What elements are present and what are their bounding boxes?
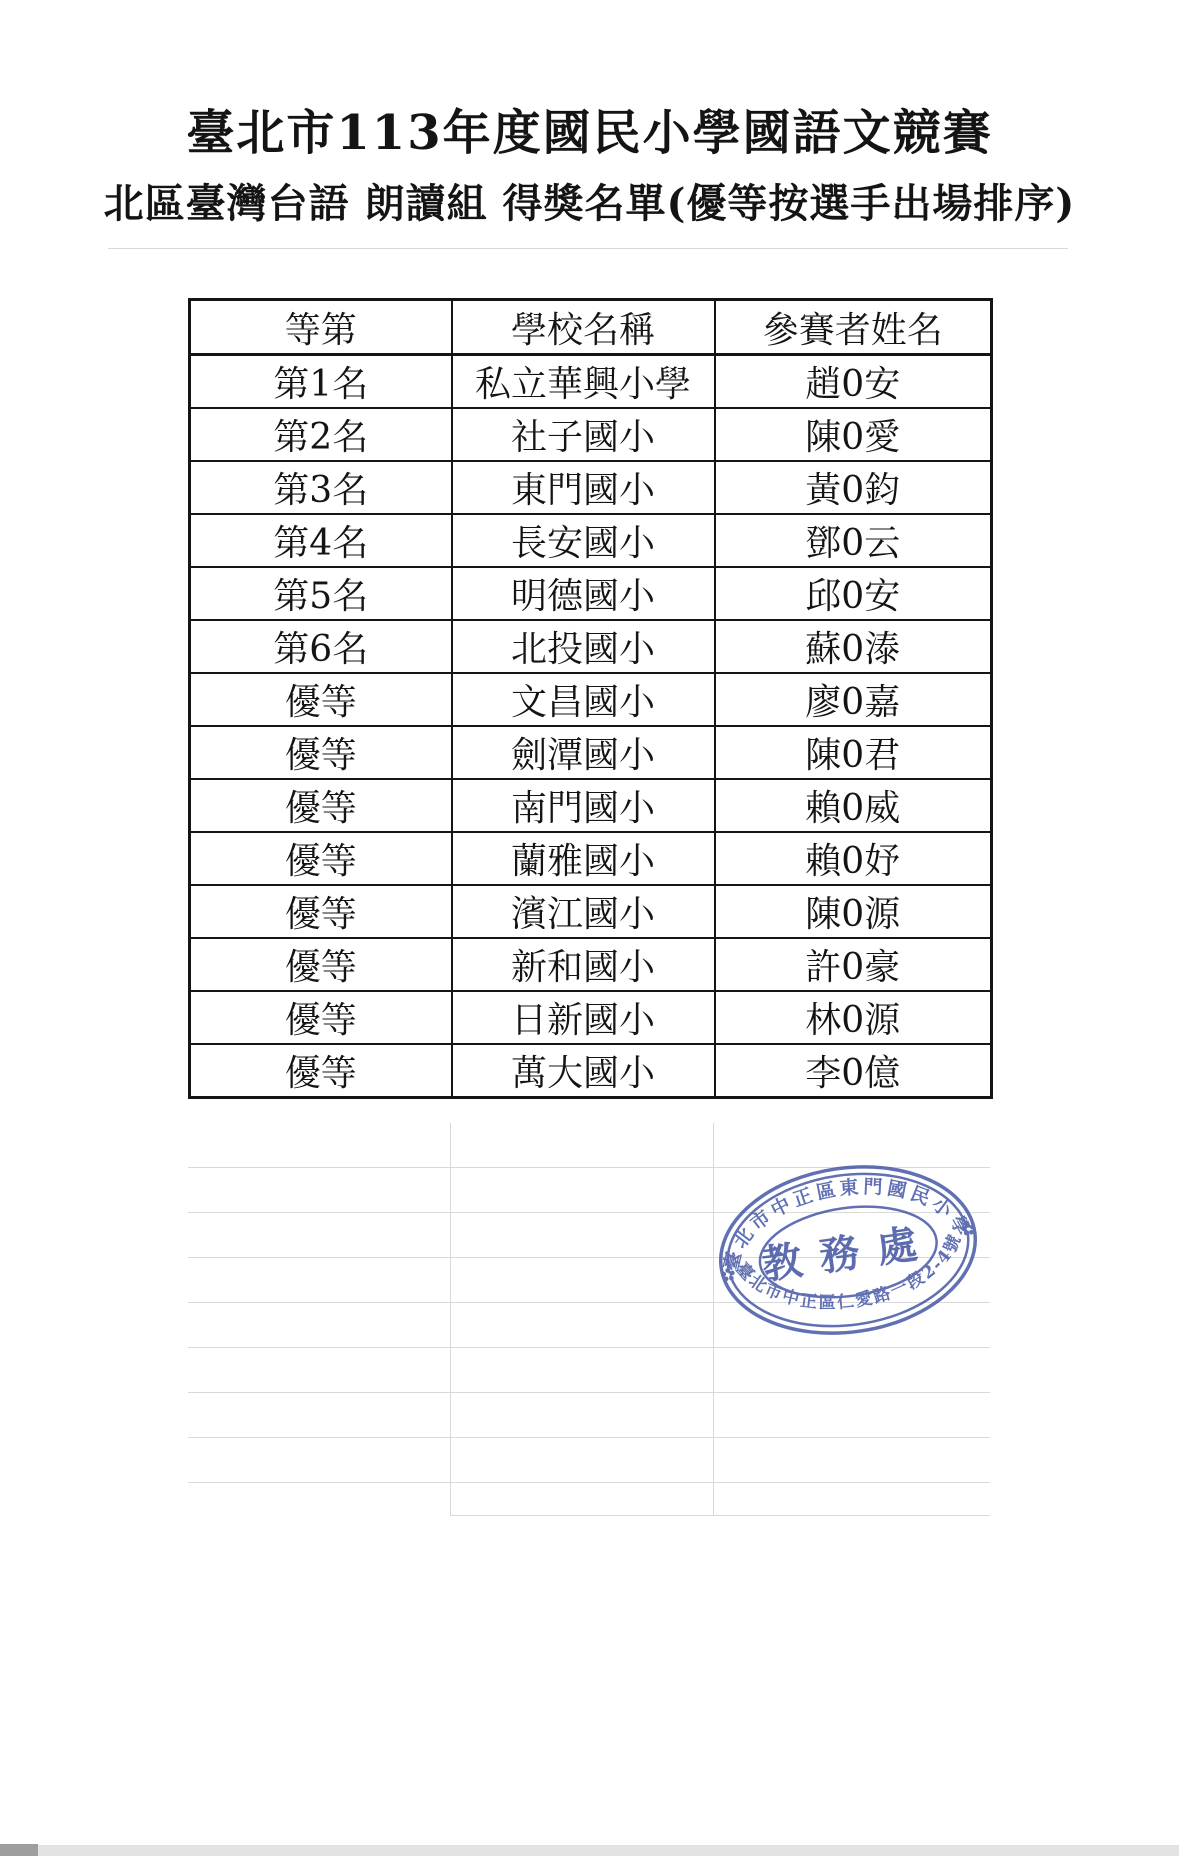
table-cell: 萬大國小 — [452, 1044, 715, 1098]
table-cell: 李0億 — [715, 1044, 992, 1098]
table-cell: 優等 — [190, 885, 452, 938]
page-subtitle: 北區臺灣台語 朗讀組 得獎名單(優等按選手出場排序) — [0, 172, 1179, 229]
table-cell: 私立華興小學 — [452, 355, 715, 409]
table-cell: 陳0源 — [715, 885, 992, 938]
table-cell: 劍潭國小 — [452, 726, 715, 779]
table-cell: 林0源 — [715, 991, 992, 1044]
table-cell: 優等 — [190, 726, 452, 779]
table-row: 優等日新國小林0源 — [190, 991, 992, 1044]
table-cell: 鄧0云 — [715, 514, 992, 567]
table-cell: 第4名 — [190, 514, 452, 567]
scan-artifact — [0, 1844, 38, 1856]
table-cell: 陳0愛 — [715, 408, 992, 461]
table-row: 優等劍潭國小陳0君 — [190, 726, 992, 779]
table-cell: 趙0安 — [715, 355, 992, 409]
table-cell: 東門國小 — [452, 461, 715, 514]
office-stamp: 臺北市中正區東門國民小學 臺北市中正區仁愛路一段2-4號 教務處 — [664, 1117, 1031, 1382]
page-edge — [0, 1845, 1179, 1856]
table-cell: 第5名 — [190, 567, 452, 620]
table-cell: 濱江國小 — [452, 885, 715, 938]
header-school-name: 學校名稱 — [452, 300, 715, 355]
table-row: 優等文昌國小廖0嘉 — [190, 673, 992, 726]
table-row: 優等萬大國小李0億 — [190, 1044, 992, 1098]
table-row: 優等濱江國小陳0源 — [190, 885, 992, 938]
table-cell: 第3名 — [190, 461, 452, 514]
table-cell: 日新國小 — [452, 991, 715, 1044]
table-row: 第5名明德國小邱0安 — [190, 567, 992, 620]
table-cell: 邱0安 — [715, 567, 992, 620]
table-cell: 優等 — [190, 673, 452, 726]
table-cell: 北投國小 — [452, 620, 715, 673]
results-table: 等第 學校名稱 參賽者姓名 第1名私立華興小學趙0安第2名社子國小陳0愛第3名東… — [188, 298, 993, 1099]
table-row: 優等蘭雅國小賴0妤 — [190, 832, 992, 885]
table-cell: 賴0妤 — [715, 832, 992, 885]
table-cell: 優等 — [190, 991, 452, 1044]
table-cell: 文昌國小 — [452, 673, 715, 726]
table-row: 第3名東門國小黃0鈞 — [190, 461, 992, 514]
table-cell: 許0豪 — [715, 938, 992, 991]
table-cell: 新和國小 — [452, 938, 715, 991]
table-cell: 明德國小 — [452, 567, 715, 620]
table-cell: 長安國小 — [452, 514, 715, 567]
table-cell: 優等 — [190, 779, 452, 832]
table-cell: 第6名 — [190, 620, 452, 673]
table-cell: 蘭雅國小 — [452, 832, 715, 885]
header-rank: 等第 — [190, 300, 452, 355]
spreadsheet-gridline-top — [108, 248, 1068, 249]
table-row: 第2名社子國小陳0愛 — [190, 408, 992, 461]
table-header-row: 等第 學校名稱 參賽者姓名 — [190, 300, 992, 355]
table-cell: 南門國小 — [452, 779, 715, 832]
table-row: 第1名私立華興小學趙0安 — [190, 355, 992, 409]
spreadsheet-gridline-bottom — [450, 1515, 990, 1516]
table-cell: 優等 — [190, 1044, 452, 1098]
table-cell: 廖0嘉 — [715, 673, 992, 726]
table-cell: 賴0威 — [715, 779, 992, 832]
document-page: 臺北市113年度國民小學國語文競賽 北區臺灣台語 朗讀組 得獎名單(優等按選手出… — [0, 0, 1179, 1856]
spreadsheet-gridline-vertical — [450, 1123, 451, 1515]
table-cell: 社子國小 — [452, 408, 715, 461]
table-cell: 優等 — [190, 938, 452, 991]
table-row: 優等新和國小許0豪 — [190, 938, 992, 991]
table-cell: 黃0鈞 — [715, 461, 992, 514]
table-row: 優等南門國小賴0威 — [190, 779, 992, 832]
table-cell: 第1名 — [190, 355, 452, 409]
header-participant-name: 參賽者姓名 — [715, 300, 992, 355]
table-cell: 優等 — [190, 832, 452, 885]
table-cell: 陳0君 — [715, 726, 992, 779]
table-cell: 第2名 — [190, 408, 452, 461]
page-title: 臺北市113年度國民小學國語文競賽 — [0, 94, 1179, 163]
table-row: 第6名北投國小蘇0溙 — [190, 620, 992, 673]
table-cell: 蘇0溙 — [715, 620, 992, 673]
table-row: 第4名長安國小鄧0云 — [190, 514, 992, 567]
